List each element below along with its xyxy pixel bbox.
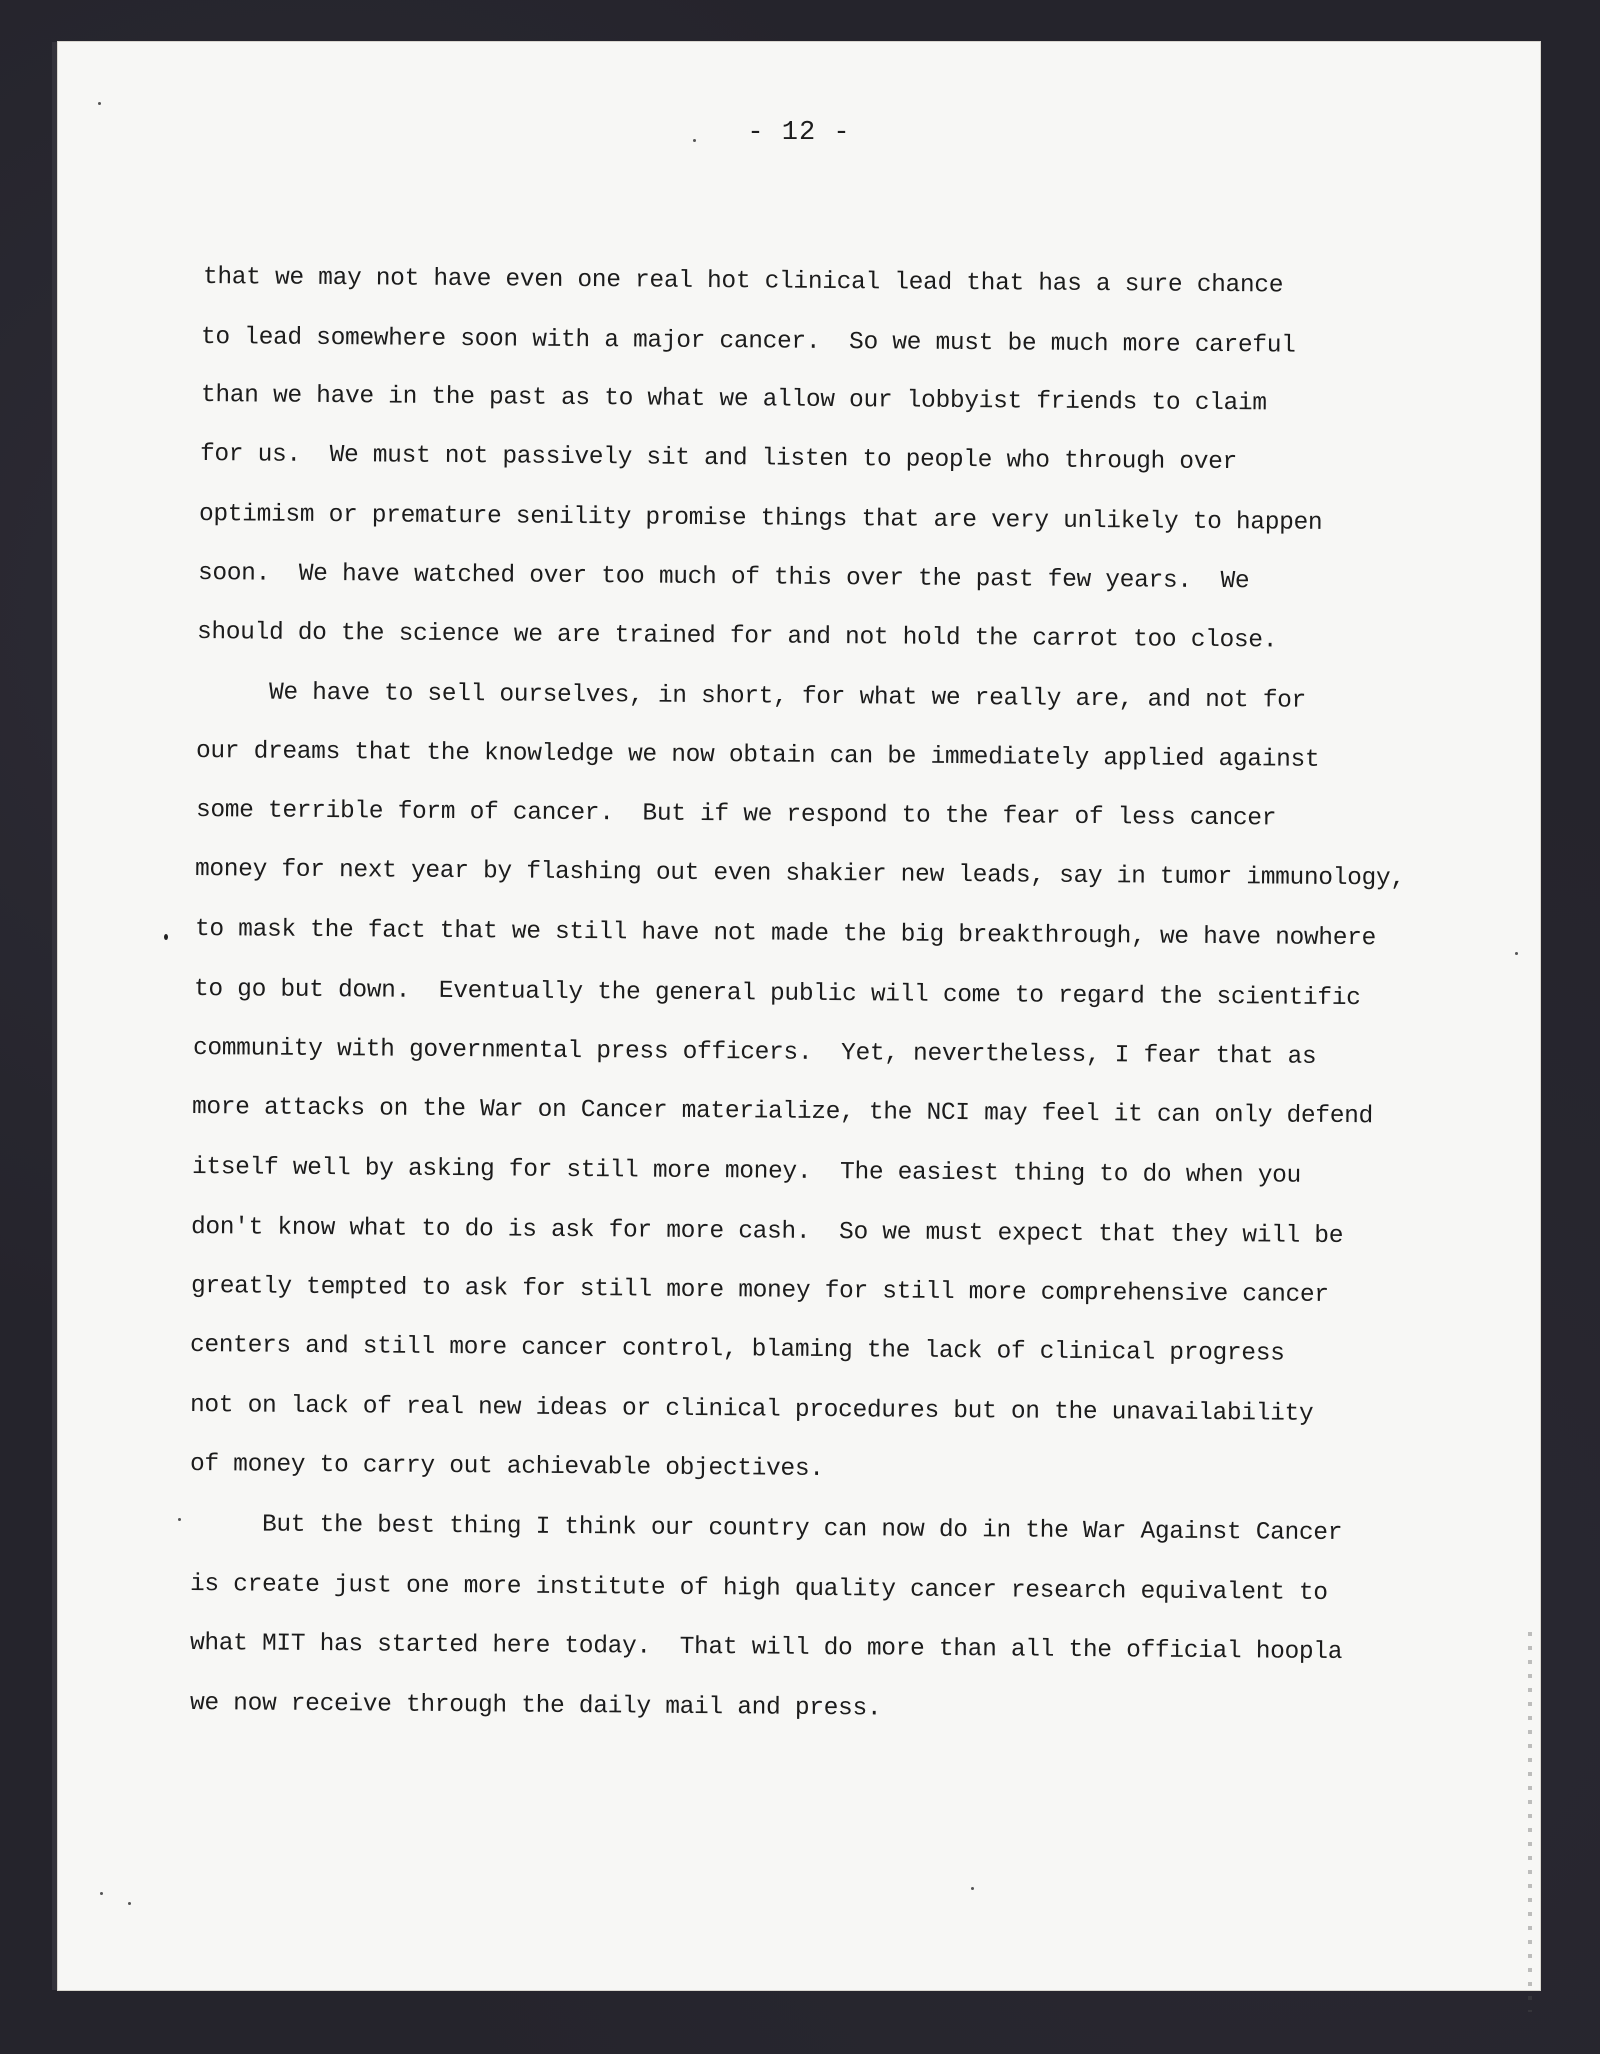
text-line: some terrible form of cancer. But if we … — [196, 797, 1276, 832]
text-line: is create just one more institute of hig… — [190, 1571, 1328, 1607]
speck — [1515, 952, 1518, 955]
text-line: community with governmental press office… — [193, 1035, 1317, 1071]
speck — [164, 934, 168, 940]
speck — [971, 1887, 974, 1890]
text-line: should do the science we are trained for… — [197, 619, 1277, 654]
text-line: greatly tempted to ask for still more mo… — [191, 1273, 1329, 1309]
text-line: But the best thing I think our country c… — [190, 1511, 1342, 1547]
text-line: itself well by asking for still more mon… — [192, 1154, 1301, 1190]
text-line: for us. We must not passively sit and li… — [200, 441, 1237, 476]
text-line: soon. We have watched over too much of t… — [198, 560, 1250, 595]
text-line: don't know what to do is ask for more ca… — [191, 1214, 1343, 1250]
speck — [100, 1892, 103, 1895]
text-line: our dreams that the knowledge we now obt… — [196, 738, 1320, 774]
text-line: to go but down. Eventually the general p… — [194, 976, 1361, 1012]
text-line: than we have in the past as to what we a… — [201, 382, 1267, 417]
page-number: - 12 - — [58, 118, 1540, 148]
document-page: - 12 - that we may not have even one rea… — [58, 42, 1540, 1990]
text-line: centers and still more cancer control, b… — [190, 1332, 1285, 1368]
speck — [98, 102, 101, 105]
text-line: that we may not have even one real hot c… — [203, 264, 1283, 299]
text-line: we now receive through the daily mail an… — [190, 1690, 882, 1722]
text-line: not on lack of real new ideas or clinica… — [190, 1392, 1314, 1428]
speck — [693, 139, 696, 142]
text-line: to mask the fact that we still have not … — [195, 916, 1376, 952]
text-line: more attacks on the War on Cancer materi… — [192, 1094, 1373, 1130]
text-line: of money to carry out achievable objecti… — [190, 1451, 824, 1483]
text-line: to lead somewhere soon with a major canc… — [201, 324, 1296, 360]
edge-marks — [1528, 1632, 1532, 2012]
text-line: what MIT has started here today. That wi… — [190, 1630, 1342, 1666]
text-line: money for next year by flashing out even… — [195, 856, 1405, 893]
speck — [128, 1902, 131, 1905]
text-line: We have to sell ourselves, in short, for… — [197, 679, 1306, 715]
speck — [178, 1518, 181, 1521]
text-line: optimism or premature senility promise t… — [199, 501, 1323, 537]
